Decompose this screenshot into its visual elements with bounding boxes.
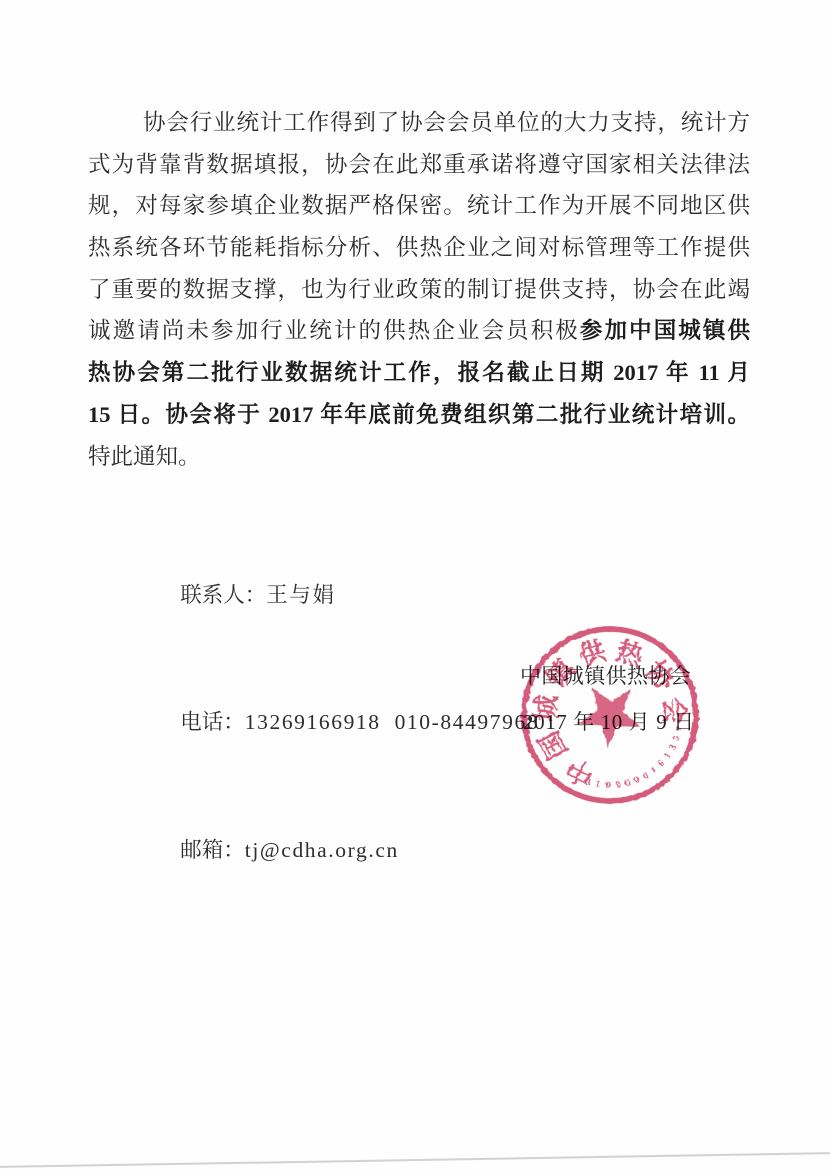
body-text: 式为背靠背数据填报，协会在此郑重承诺将遵守国家相关法律法 [88, 152, 750, 177]
body-text: 特此通知。 [88, 444, 201, 469]
body-text: 热系统各环节能耗指标分析、供热企业之间对标管理等工作提供 [88, 235, 750, 260]
contact-email: 邮箱：tj@cdha.org.cn [148, 787, 539, 915]
body-text: 规，对每家参填企业数据严格保密。统计工作为开展不同地区供 [88, 193, 750, 218]
contact-person-value: 王与娟 [266, 583, 335, 607]
seal-ring-char: 国 [534, 726, 573, 764]
contact-phone-label: 电话： [180, 710, 245, 734]
body-line: 热协会第二批行业数据统计工作，报名截止日期 2017 年 11 月 [88, 352, 750, 394]
body-text-bold: 热协会第二批行业数据统计工作，报名截止日期 2017 年 11 月 [88, 360, 750, 385]
seal-ring-char: 会 [658, 696, 690, 725]
body-line: 了重要的数据支撑，也为行业政策的制订提供支持，协会在此竭 [88, 269, 750, 311]
star-icon [566, 670, 651, 754]
body-line: 15 日。协会将于 2017 年年底前免费组织第二批行业统计培训。 [88, 394, 750, 436]
body-line: 规，对每家参填企业数据严格保密。统计工作为开展不同地区供 [88, 185, 750, 227]
contact-email-value: tj@cdha.org.cn [245, 838, 399, 862]
body-text-bold: 15 日。协会将于 2017 年年底前免费组织第二批行业统计培训。 [88, 402, 750, 427]
contact-phone: 电话：13269166918 010-84497968 [148, 659, 539, 787]
body-text: 诚邀请尚未参加行业统计的供热企业会员积极 [88, 318, 580, 343]
seal-ring-char: 热 [612, 636, 648, 673]
seal-ring-char: 城 [530, 693, 563, 723]
body-line: 式为背靠背数据填报，协会在此郑重承诺将遵守国家相关法律法 [88, 144, 750, 186]
body-text: 了重要的数据支撑，也为行业政策的制订提供支持，协会在此竭 [88, 277, 750, 302]
contact-email-label: 邮箱： [180, 838, 245, 862]
contact-block: 联系人：王与娟 电话：13269166918 010-84497968 邮箱：t… [148, 531, 539, 914]
scan-edge-artifact [0, 1152, 830, 1168]
body-line-closing: 特此通知。 [88, 436, 750, 478]
official-seal: 中 国 城 镇 供 热 协 会 1100000161357 [490, 595, 730, 835]
body-line: 诚邀请尚未参加行业统计的供热企业会员积极参加中国城镇供 [88, 310, 750, 352]
scanned-notice-page: 协会行业统计工作得到了协会会员单位的大力支持，统计方 式为背靠背数据填报，协会在… [0, 0, 830, 1174]
body-line: 热系统各环节能耗指标分析、供热企业之间对标管理等工作提供 [88, 227, 750, 269]
body-line: 协会行业统计工作得到了协会会员单位的大力支持，统计方 [88, 102, 750, 144]
body-text: 协会行业统计工作得到了协会会员单位的大力支持，统计方 [143, 110, 750, 135]
seal-ring-char: 供 [575, 635, 610, 672]
notice-paragraph: 协会行业统计工作得到了协会会员单位的大力支持，统计方 式为背靠背数据填报，协会在… [88, 102, 750, 477]
contact-person-label: 联系人： [180, 583, 266, 607]
body-text-bold: 参加中国城镇供 [580, 318, 750, 343]
contact-person: 联系人：王与娟 [148, 531, 539, 659]
